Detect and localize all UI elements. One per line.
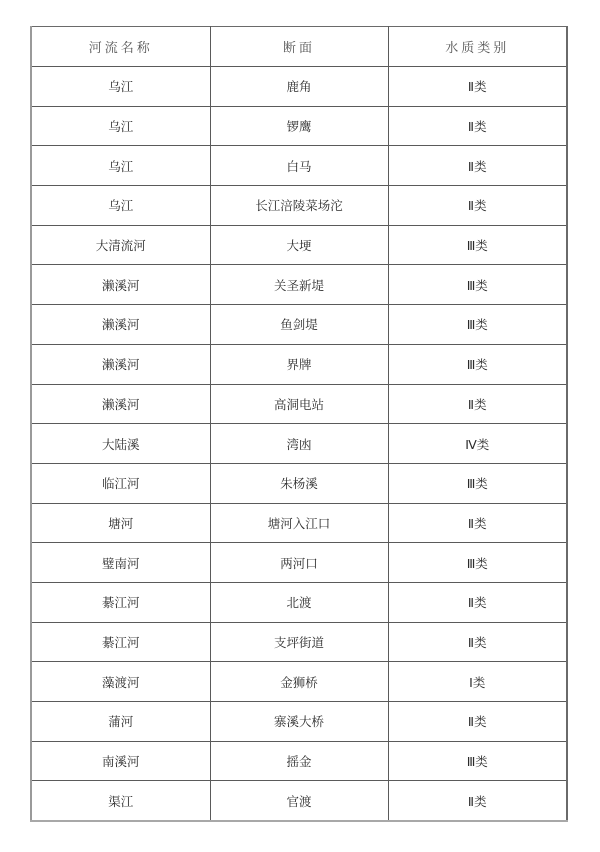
cell-section: 金狮桥 — [210, 662, 388, 702]
cell-grade: Ⅱ类 — [388, 622, 567, 662]
cell-section: 大埂 — [210, 225, 388, 265]
cell-section: 高洞电站 — [210, 384, 388, 424]
table-row: 藻渡河 金狮桥 Ⅰ类 — [31, 662, 567, 702]
table-row: 濑溪河 界牌 Ⅲ类 — [31, 344, 567, 384]
cell-river: 临江河 — [31, 463, 210, 503]
cell-section: 寨溪大桥 — [210, 702, 388, 742]
cell-section: 界牌 — [210, 344, 388, 384]
cell-section: 朱杨溪 — [210, 463, 388, 503]
cell-river: 乌江 — [31, 67, 210, 107]
cell-river: 濑溪河 — [31, 384, 210, 424]
cell-river: 大清流河 — [31, 225, 210, 265]
cell-section: 北渡 — [210, 582, 388, 622]
table-row: 塘河 塘河入江口 Ⅱ类 — [31, 503, 567, 543]
table-row: 大陆溪 湾凼 Ⅳ类 — [31, 424, 567, 464]
cell-grade: Ⅲ类 — [388, 344, 567, 384]
cell-grade: Ⅱ类 — [388, 67, 567, 107]
cell-section: 鱼剑堤 — [210, 305, 388, 345]
table-row: 綦江河 北渡 Ⅱ类 — [31, 582, 567, 622]
cell-grade: Ⅲ类 — [388, 225, 567, 265]
cell-grade: Ⅰ类 — [388, 662, 567, 702]
table-row: 渠江 官渡 Ⅱ类 — [31, 781, 567, 821]
cell-section: 塘河入江口 — [210, 503, 388, 543]
table-row: 濑溪河 关圣新堤 Ⅲ类 — [31, 265, 567, 305]
cell-grade: Ⅱ类 — [388, 384, 567, 424]
cell-river: 濑溪河 — [31, 344, 210, 384]
cell-river: 濑溪河 — [31, 265, 210, 305]
cell-section: 支坪街道 — [210, 622, 388, 662]
header-water-quality-grade: 水质类别 — [388, 27, 567, 67]
table-row: 南溪河 摇金 Ⅲ类 — [31, 741, 567, 781]
cell-grade: Ⅲ类 — [388, 543, 567, 583]
cell-grade: Ⅱ类 — [388, 582, 567, 622]
water-quality-table: 河流名称 断面 水质类别 乌江 鹿角 Ⅱ类 乌江 锣鹰 Ⅱ类 乌江 白马 Ⅱ类 … — [30, 26, 568, 822]
cell-river: 乌江 — [31, 106, 210, 146]
cell-river: 南溪河 — [31, 741, 210, 781]
cell-river: 大陆溪 — [31, 424, 210, 464]
table-header-row: 河流名称 断面 水质类别 — [31, 27, 567, 67]
table-row: 濑溪河 鱼剑堤 Ⅲ类 — [31, 305, 567, 345]
cell-river: 乌江 — [31, 146, 210, 186]
table-row: 乌江 长江涪陵菜场沱 Ⅱ类 — [31, 186, 567, 226]
cell-section: 关圣新堤 — [210, 265, 388, 305]
table-row: 临江河 朱杨溪 Ⅲ类 — [31, 463, 567, 503]
cell-river: 濑溪河 — [31, 305, 210, 345]
header-river-name: 河流名称 — [31, 27, 210, 67]
cell-river: 綦江河 — [31, 582, 210, 622]
cell-section: 摇金 — [210, 741, 388, 781]
cell-grade: Ⅲ类 — [388, 265, 567, 305]
cell-river: 綦江河 — [31, 622, 210, 662]
cell-section: 两河口 — [210, 543, 388, 583]
cell-section: 长江涪陵菜场沱 — [210, 186, 388, 226]
cell-river: 乌江 — [31, 186, 210, 226]
cell-grade: Ⅲ类 — [388, 463, 567, 503]
cell-grade: Ⅳ类 — [388, 424, 567, 464]
table-row: 大清流河 大埂 Ⅲ类 — [31, 225, 567, 265]
cell-river: 蒲河 — [31, 702, 210, 742]
table-row: 乌江 白马 Ⅱ类 — [31, 146, 567, 186]
cell-river: 渠江 — [31, 781, 210, 821]
cell-grade: Ⅱ类 — [388, 702, 567, 742]
table-row: 乌江 鹿角 Ⅱ类 — [31, 67, 567, 107]
cell-grade: Ⅱ类 — [388, 106, 567, 146]
cell-grade: Ⅱ类 — [388, 146, 567, 186]
cell-section: 湾凼 — [210, 424, 388, 464]
table-row: 蒲河 寨溪大桥 Ⅱ类 — [31, 702, 567, 742]
cell-grade: Ⅲ类 — [388, 741, 567, 781]
cell-grade: Ⅱ类 — [388, 503, 567, 543]
cell-section: 白马 — [210, 146, 388, 186]
cell-river: 璧南河 — [31, 543, 210, 583]
cell-river: 塘河 — [31, 503, 210, 543]
table-row: 綦江河 支坪街道 Ⅱ类 — [31, 622, 567, 662]
cell-river: 藻渡河 — [31, 662, 210, 702]
table-row: 乌江 锣鹰 Ⅱ类 — [31, 106, 567, 146]
table-row: 濑溪河 高洞电站 Ⅱ类 — [31, 384, 567, 424]
cell-grade: Ⅱ类 — [388, 781, 567, 821]
header-section: 断面 — [210, 27, 388, 67]
table-row: 璧南河 两河口 Ⅲ类 — [31, 543, 567, 583]
cell-section: 锣鹰 — [210, 106, 388, 146]
cell-section: 鹿角 — [210, 67, 388, 107]
cell-grade: Ⅲ类 — [388, 305, 567, 345]
cell-grade: Ⅱ类 — [388, 186, 567, 226]
cell-section: 官渡 — [210, 781, 388, 821]
